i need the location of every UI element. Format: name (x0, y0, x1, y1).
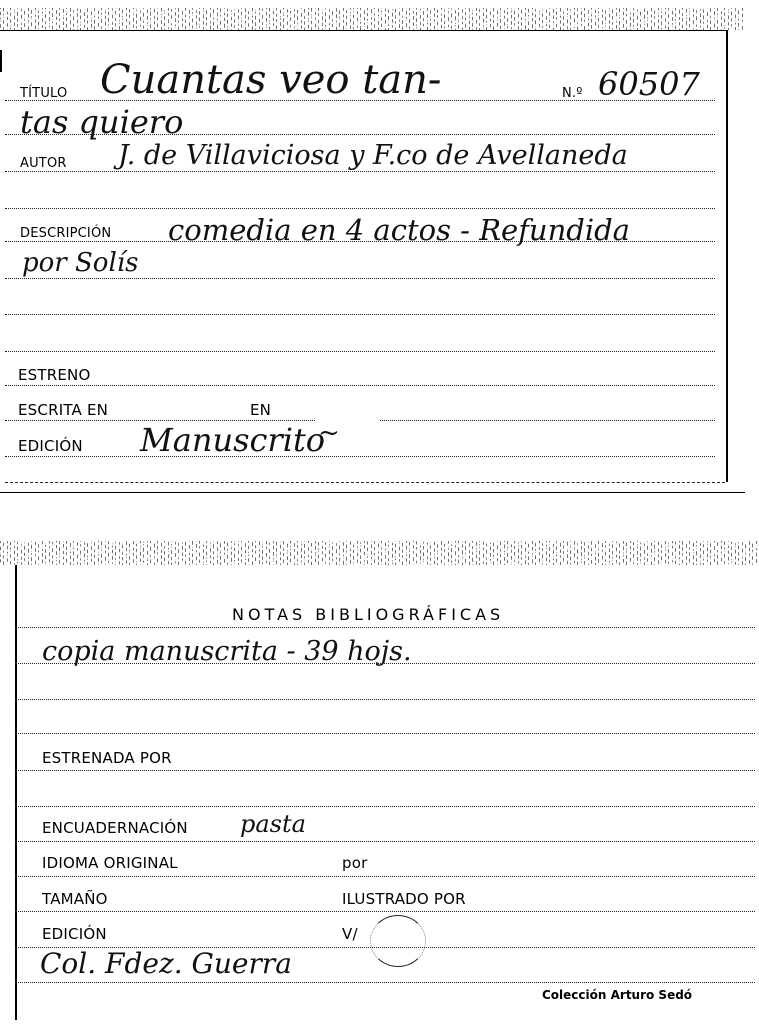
notes-blank-line-2 (15, 733, 755, 734)
edicion-dash: ~ (318, 420, 340, 446)
autor-line (5, 171, 715, 172)
descripcion-value-line2: por Solís (22, 250, 138, 276)
card-front-left-mark (0, 50, 2, 72)
descripcion-line-2 (5, 278, 715, 279)
en-line (380, 420, 715, 421)
encuadernacion-line (15, 841, 755, 842)
scan-noise-top (0, 8, 745, 30)
blank-line-back (15, 806, 755, 807)
blank-line-2 (5, 314, 715, 315)
stamp-mark (370, 915, 426, 967)
blank-line-1 (5, 208, 715, 209)
estreno-label: ESTRENO (18, 368, 91, 383)
card-front-bottom-border (0, 492, 745, 493)
ilustrado-por-label: ILUSTRADO POR (342, 892, 466, 907)
numero-value: 60507 (598, 68, 700, 100)
bottom-note: Col. Fdez. Guerra (40, 950, 292, 978)
card-front-top-border (0, 30, 728, 31)
por-label: por (342, 856, 367, 871)
notes-blank-line (15, 699, 755, 700)
titulo-line (5, 100, 715, 101)
collection-footer: Colección Arturo Sedó (542, 988, 692, 1002)
estrenada-por-label: ESTRENADA POR (42, 751, 172, 766)
edicion-line (5, 456, 715, 457)
estrenada-por-line (15, 770, 755, 771)
escrita-en-label: ESCRITA EN (18, 403, 108, 418)
numero-label: N.º (562, 87, 583, 100)
edicion-back-label: EDICIÓN (42, 927, 107, 942)
card-back-left-border (15, 565, 17, 1020)
descripcion-line (5, 241, 715, 242)
encuadernacion-value: pasta (240, 812, 306, 836)
idioma-original-line (15, 876, 755, 877)
bottom-dashed-line (5, 482, 725, 483)
heading-line (15, 627, 755, 628)
notes-line (15, 663, 755, 664)
titulo-line-2 (5, 134, 715, 135)
edicion-value: Manuscrito (140, 424, 325, 456)
autor-label: AUTOR (20, 157, 67, 170)
autor-value: J. de Villaviciosa y F.co de Avellaneda (118, 142, 628, 169)
titulo-label: TÍTULO (20, 87, 67, 100)
estreno-line (5, 385, 715, 386)
tamano-label: TAMAÑO (42, 892, 108, 907)
bottom-note-line (15, 982, 755, 983)
scan-noise-back (0, 541, 759, 565)
encuadernacion-label: ENCUADERNACIÓN (42, 821, 188, 836)
edicion-label: EDICIÓN (18, 439, 83, 454)
descripcion-label: DESCRIPCIÓN (20, 227, 111, 240)
notes-line1: copia manuscrita - 39 hojs. (42, 638, 412, 665)
titulo-value-line1: Cuantas veo tan- (100, 60, 441, 100)
notas-bibliograficas-heading: NOTAS BIBLIOGRÁFICAS (232, 605, 504, 624)
idioma-original-label: IDIOMA ORIGINAL (42, 856, 178, 871)
en-label: EN (250, 403, 271, 418)
tamano-line (15, 911, 755, 912)
card-front-right-border (726, 30, 728, 482)
v-label: V/ (342, 927, 358, 942)
blank-line-3 (5, 351, 715, 352)
